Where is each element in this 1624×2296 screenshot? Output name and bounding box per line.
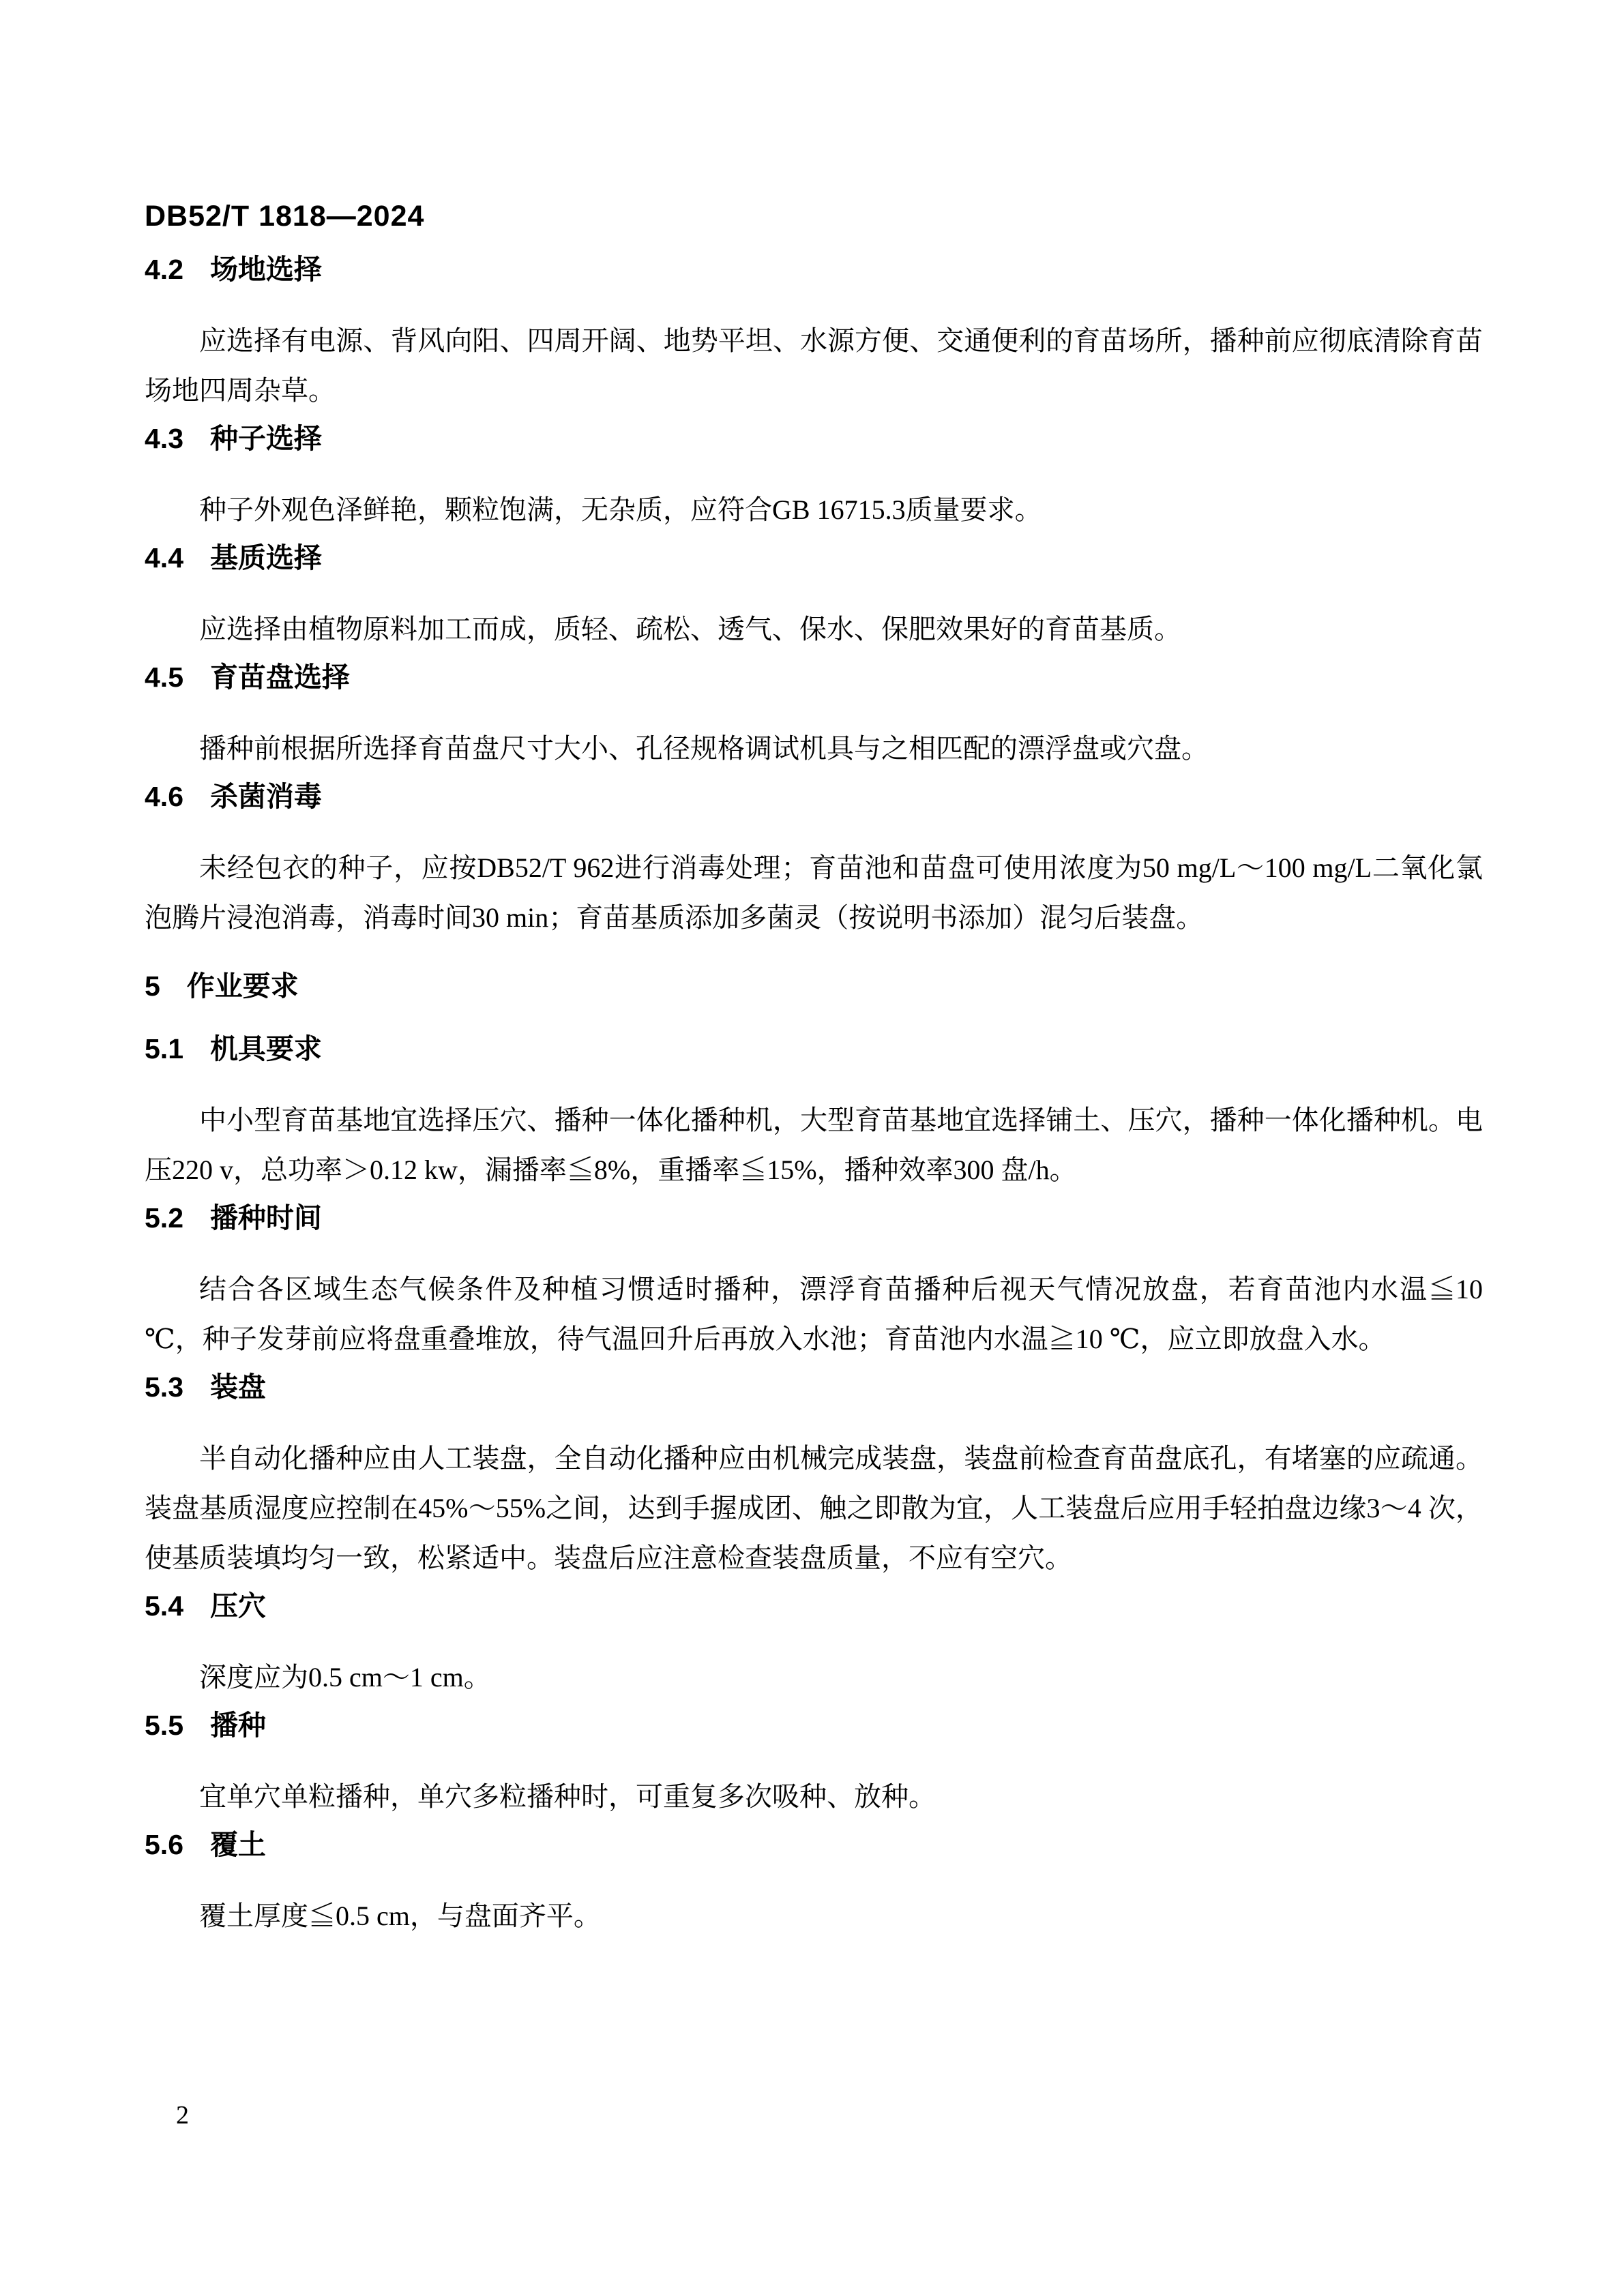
standard-doc-number: DB52/T 1818—2024: [145, 200, 1483, 233]
section-number: 4.6: [145, 780, 183, 813]
chapter-5: 5作业要求: [145, 970, 1483, 1002]
section-4-6: 4.6杀菌消毒 未经包衣的种子，应按DB52/T 962进行消毒处理；育苗池和苗…: [145, 780, 1483, 942]
section-4-2: 4.2场地选择 应选择有电源、背风向阳、四周开阔、地势平坦、水源方便、交通便利的…: [145, 253, 1483, 415]
section-heading: 5.5播种: [145, 1709, 1483, 1742]
section-title: 播种: [210, 1710, 266, 1741]
section-paragraph: 未经包衣的种子，应按DB52/T 962进行消毒处理；育苗池和苗盘可使用浓度为5…: [145, 843, 1483, 942]
section-paragraph: 种子外观色泽鲜艳，颗粒饱满，无杂质，应符合GB 16715.3质量要求。: [145, 485, 1483, 535]
section-paragraph: 结合各区域生态气候条件及种植习惯适时播种，漂浮育苗播种后视天气情况放盘，若育苗池…: [145, 1264, 1483, 1364]
section-title: 基质选择: [210, 542, 322, 573]
section-4-3: 4.3种子选择 种子外观色泽鲜艳，颗粒饱满，无杂质，应符合GB 16715.3质…: [145, 422, 1483, 535]
section-heading: 5.2播种时间: [145, 1202, 1483, 1234]
section-paragraph: 中小型育苗基地宜选择压穴、播种一体化播种机，大型育苗基地宜选择铺土、压穴，播种一…: [145, 1095, 1483, 1195]
section-paragraph: 覆土厚度≦0.5 cm，与盘面齐平。: [145, 1891, 1483, 1941]
section-paragraph: 深度应为0.5 cm～1 cm。: [145, 1652, 1483, 1702]
section-title: 种子选择: [210, 423, 322, 454]
section-number: 5.5: [145, 1709, 183, 1742]
section-paragraph: 应选择由植物原料加工而成，质轻、疏松、透气、保水、保肥效果好的育苗基质。: [145, 604, 1483, 654]
section-heading: 5.4压穴: [145, 1590, 1483, 1622]
document-content: DB52/T 1818—2024 4.2场地选择 应选择有电源、背风向阳、四周开…: [145, 200, 1483, 1941]
section-heading: 4.6杀菌消毒: [145, 780, 1483, 813]
section-number: 4.2: [145, 253, 183, 286]
section-5-2: 5.2播种时间 结合各区域生态气候条件及种植习惯适时播种，漂浮育苗播种后视天气情…: [145, 1202, 1483, 1364]
section-number: 4.3: [145, 422, 183, 455]
section-heading: 5.6覆土: [145, 1828, 1483, 1861]
section-5-3: 5.3装盘 半自动化播种应由人工装盘，全自动化播种应由机械完成装盘，装盘前检查育…: [145, 1371, 1483, 1583]
page-number: 2: [176, 2100, 189, 2130]
section-5-5: 5.5播种 宜单穴单粒播种，单穴多粒播种时，可重复多次吸种、放种。: [145, 1709, 1483, 1821]
section-5-6: 5.6覆土 覆土厚度≦0.5 cm，与盘面齐平。: [145, 1828, 1483, 1941]
section-heading: 5.3装盘: [145, 1371, 1483, 1403]
section-title: 压穴: [210, 1590, 266, 1622]
section-number: 5.3: [145, 1371, 183, 1403]
section-heading: 4.2场地选择: [145, 253, 1483, 286]
section-number: 5: [145, 970, 160, 1002]
section-number: 5.1: [145, 1032, 183, 1065]
section-number: 4.5: [145, 661, 183, 694]
section-4-5: 4.5育苗盘选择 播种前根据所选择育苗盘尺寸大小、孔径规格调试机具与之相匹配的漂…: [145, 661, 1483, 773]
section-title: 装盘: [210, 1371, 266, 1403]
section-number: 5.2: [145, 1202, 183, 1234]
section-heading: 4.4基质选择: [145, 541, 1483, 574]
section-title: 场地选择: [210, 254, 322, 285]
section-number: 4.4: [145, 541, 183, 574]
section-paragraph: 宜单穴单粒播种，单穴多粒播种时，可重复多次吸种、放种。: [145, 1772, 1483, 1821]
section-title: 育苗盘选择: [210, 661, 350, 693]
section-title: 播种时间: [210, 1202, 322, 1234]
section-title: 机具要求: [210, 1033, 322, 1064]
document-page: DB52/T 1818—2024 4.2场地选择 应选择有电源、背风向阳、四周开…: [0, 0, 1624, 2296]
section-number: 5.6: [145, 1828, 183, 1861]
section-4-4: 4.4基质选择 应选择由植物原料加工而成，质轻、疏松、透气、保水、保肥效果好的育…: [145, 541, 1483, 654]
section-paragraph: 应选择有电源、背风向阳、四周开阔、地势平坦、水源方便、交通便利的育苗场所，播种前…: [145, 316, 1483, 415]
chapter-heading: 5作业要求: [145, 970, 1483, 1002]
section-number: 5.4: [145, 1590, 183, 1622]
section-title: 作业要求: [187, 970, 299, 1002]
section-title: 覆土: [210, 1829, 266, 1860]
section-paragraph: 播种前根据所选择育苗盘尺寸大小、孔径规格调试机具与之相匹配的漂浮盘或穴盘。: [145, 724, 1483, 773]
section-heading: 4.5育苗盘选择: [145, 661, 1483, 694]
section-5-4: 5.4压穴 深度应为0.5 cm～1 cm。: [145, 1590, 1483, 1702]
section-heading: 4.3种子选择: [145, 422, 1483, 455]
section-5-1: 5.1机具要求 中小型育苗基地宜选择压穴、播种一体化播种机，大型育苗基地宜选择铺…: [145, 1032, 1483, 1195]
section-heading: 5.1机具要求: [145, 1032, 1483, 1065]
section-paragraph: 半自动化播种应由人工装盘，全自动化播种应由机械完成装盘，装盘前检查育苗盘底孔，有…: [145, 1433, 1483, 1583]
section-title: 杀菌消毒: [210, 781, 322, 812]
